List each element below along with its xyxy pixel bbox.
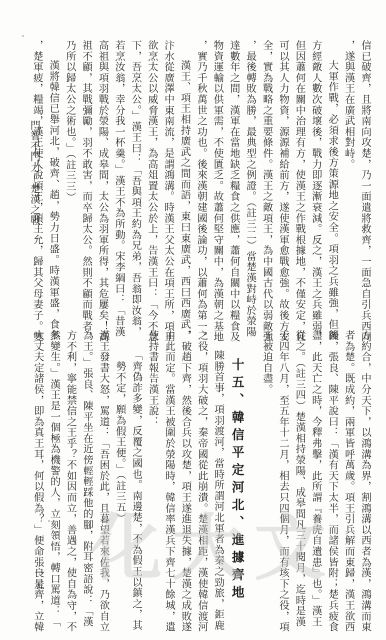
text-column: 漢王、項王相持廣武之間而語，東曰東廣武，西曰西廣武， bbox=[175, 40, 191, 322]
text-column: 方約合，中分天下，以鴻溝為界，割鴻溝以西者為漢，鴻溝而東 bbox=[356, 330, 372, 622]
running-head: 門智不鬥力－楚漢之戰 bbox=[26, 120, 41, 226]
text-column: 高祖與項羽戰於滎陽、成皋間，太公為羽軍所得，其危屢矣！高 bbox=[93, 40, 109, 322]
text-column: 王被迫自盡。 bbox=[257, 330, 273, 622]
text-column: 歸，張良、陳平說曰：「漢有天下太半，而諸侯皆附；楚兵疲食 bbox=[323, 330, 339, 622]
text-column: 欲烹太公以威脅漢王，為高俎置太公於上，告漢王曰：「今不急 bbox=[142, 40, 158, 322]
text-column: 者為楚。既成約，兩軍皆呼萬歲。項王引兵解而東歸，漢王欲西 bbox=[339, 330, 355, 622]
bottom-half-text: 方約合，中分天下，以鴻溝為界，割鴻溝以西者為漢，鴻溝而東 者為楚。既成約，兩軍皆… bbox=[28, 330, 372, 622]
text-column: 全，實為戰略之重要條件。漢王之敵項王，為中國古代以弱敵強 bbox=[257, 40, 273, 322]
section-heading: 十五、韓信平定河北、進據齊地 bbox=[225, 330, 249, 622]
quote-column: 勢不定，願為假王便。」（註三五） bbox=[110, 330, 126, 622]
text-column: ，遂與漢王在廣武相對峙。 bbox=[339, 40, 355, 322]
top-half-text: 信已破齊，且將南向攻楚，乃一面遣將救齊，一面急自引兵西向 ，遂與漢王在廣武相對峙… bbox=[27, 40, 372, 322]
text-column: 由此而定。當漢王被圍於滎陽時，韓信率漢兵下齊七十餘城，遣 bbox=[160, 330, 176, 622]
text-column: 汴水從廣澤中東南流，是謂鴻溝。時漢王父太公在項王所，項王 bbox=[159, 40, 175, 322]
text-column: 漢王發書大怒，罵道：「吾困於此，且暮望若來佐我，乃欲自立 bbox=[94, 330, 110, 622]
text-column: 使持書報告漢王說： bbox=[143, 330, 159, 622]
text-column: ，最後轉敗為勝，最典型之例證。（註三二）當楚漢對峙於滎陽 bbox=[241, 40, 257, 322]
text-column: 王四年八月，至五年十二月，相去只四個月，而有垓下之役，項 bbox=[274, 330, 290, 622]
text-column: 下，吾烹太公。」漢王曰：「吾與項王約為兄弟，吾翁即汝翁， bbox=[126, 40, 142, 322]
spacer bbox=[249, 330, 257, 622]
text-column: 之役，項羽大破之，秦帝國從此崩潰。楚漢相距，漢使韓信渡河 bbox=[192, 330, 208, 622]
text-column: 從之。（註三四）楚漢相持滎陽、成皋間凡三十閱月，迄時是漢 bbox=[290, 330, 306, 622]
text-column: 乃所以歸太公之術也。」（註三三） bbox=[60, 40, 76, 322]
text-column: 盡，此天亡之時，今釋弗擊，此所謂『養虎自遺患』也。」漢王 bbox=[306, 330, 322, 622]
text-column: ，實乃千秋萬世之功也。後來漢朝建國後論功，以蕭何為第一。 bbox=[192, 40, 208, 322]
text-column: 達數年之間，漢軍在當地缺乏糧食之供應，蕭何自關中以糧食及 bbox=[224, 40, 240, 322]
text-column: 漢將韓信已舉河北，破齊、趙，勢力日盛。時漢軍盛，食多 bbox=[44, 40, 60, 322]
page-number: 一五 bbox=[30, 568, 45, 592]
text-column: 大軍作戰，必須求後方策源地之安全。項羽之兵雖強，但後 bbox=[323, 40, 339, 322]
text-column: 若烹汝翁，幸分我一杯羹。」漢王不為所動。宋李綱曰：「昔漢 bbox=[110, 40, 126, 322]
text-column: 為王。」張良、陳平坐在近傍輕輕踩他的腳，附耳密語說：「漢 bbox=[78, 330, 94, 622]
text-column: 但因蕭何在關中治理有方，使漢王之作戰根據地，不僅安定，且 bbox=[290, 40, 306, 322]
text-column: 陳勝首事，項羽渡河，當時所謂河北軍者為秦之勁旅，鉅鹿 bbox=[209, 330, 225, 622]
text-column: 物資運輸以供軍需，不使匱乏。故蕭何堅守關中，為漢朝之基地 bbox=[208, 40, 224, 322]
text-column: ，破趙下齊，然後合兵以攻楚，項王遂進退失據，楚漢之成敗遂 bbox=[176, 330, 192, 622]
scan-speck bbox=[22, 35, 24, 37]
quote-column: 「齊偽詐多變，反覆之國也。南邊楚，不為假王以鎮之，其 bbox=[127, 330, 143, 622]
text-column: 方不利，寧能禁信之王乎？不如因而立，善遇之，使自為守，不 bbox=[61, 330, 77, 622]
text-column: 可以其人力物資，源源補給前方，遂使漢軍愈戰愈強。故後方安 bbox=[274, 40, 290, 322]
text-column: 祖不顧，其戰彌勵，羽不敢害，而卒歸太公。然則不顧而戰者， bbox=[77, 40, 93, 322]
text-column: 然變生。」漢王是一個極為機警的人，立刻領悟，轉口罵道：「 bbox=[45, 330, 61, 622]
text-column: 信已破齊，且將南向攻楚，乃一面遣將救齊，一面急自引兵西向 bbox=[356, 40, 372, 322]
scan-speck bbox=[48, 520, 50, 522]
text-column: 方經敵人數次破壞後，戰力即逐漸衰減。反之，漢王之兵雖弱， bbox=[306, 40, 322, 322]
